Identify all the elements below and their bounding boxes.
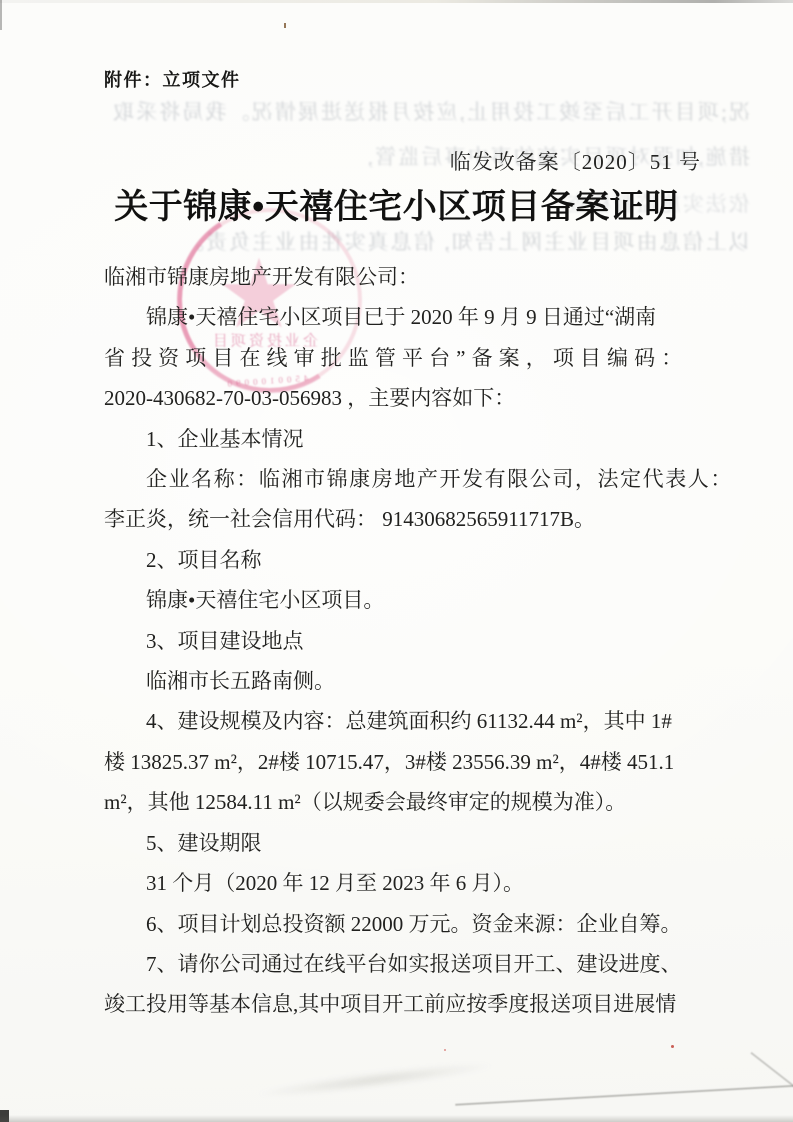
body-line: 6、项目计划总投资额 22000 万元。资金来源：企业自筹。 xyxy=(104,904,706,944)
body-line: 临湘市锦康房地产开发有限公司： xyxy=(104,257,706,297)
body-line: 竣工投用等基本信息,其中项目开工前应按季度报送项目进展情 xyxy=(104,984,706,1024)
document-title: 关于锦康•天禧住宅小区项目备案证明 xyxy=(0,179,793,228)
body-line: 4、建设规模及内容：总建筑面积约 61132.44 m²，其中 1# xyxy=(104,701,706,741)
body-line: 锦康•天禧住宅小区项目已于 2020 年 9 月 9 日通过“湖南 xyxy=(104,297,706,337)
body-line: 31 个月（2020 年 12 月至 2023 年 6 月）。 xyxy=(104,863,706,903)
body-line: 临湘市长五路南侧。 xyxy=(104,661,706,701)
document-number: 临发改备案〔2020〕51 号 xyxy=(450,146,701,176)
body-line: 7、请你公司通过在线平台如实报送项目开工、建设进度、 xyxy=(104,944,706,984)
body-line: 2、项目名称 xyxy=(104,540,706,580)
body-line: 企业名称：临湘市锦康房地产开发有限公司，法定代表人： xyxy=(104,459,706,499)
body-line: 5、建设期限 xyxy=(104,823,706,863)
attachment-label: 附件：立项文件 xyxy=(104,66,241,92)
body-line: 锦康•天禧住宅小区项目。 xyxy=(104,580,706,620)
body-line: 楼 13825.37 m²，2#楼 10715.47，3#楼 23556.39 … xyxy=(104,742,706,782)
body-line: m²，其他 12584.11 m²（以规委会最终审定的规模为准）。 xyxy=(104,782,706,822)
document-content: 附件：立项文件 临发改备案〔2020〕51 号 关于锦康•天禧住宅小区项目备案证… xyxy=(0,0,793,1122)
body-line: 省投资项目在线审批监管平台”备案，项目编码： xyxy=(104,338,706,378)
document-body: 临湘市锦康房地产开发有限公司： 锦康•天禧住宅小区项目已于 2020 年 9 月… xyxy=(104,257,706,1025)
body-line: 1、企业基本情况 xyxy=(104,419,706,459)
body-line: 2020-430682-70-03-056983 ，主要内容如下： xyxy=(104,378,706,418)
body-line: 李正炎，统一社会信用代码： 91430682565911717B。 xyxy=(104,499,706,539)
body-line: 3、项目建设地点 xyxy=(104,621,706,661)
scanned-document-page: 况;项目开工后至竣工投用止,应按月报送进展情况。我局将采取 措施,加强对项目实施… xyxy=(0,0,793,1122)
